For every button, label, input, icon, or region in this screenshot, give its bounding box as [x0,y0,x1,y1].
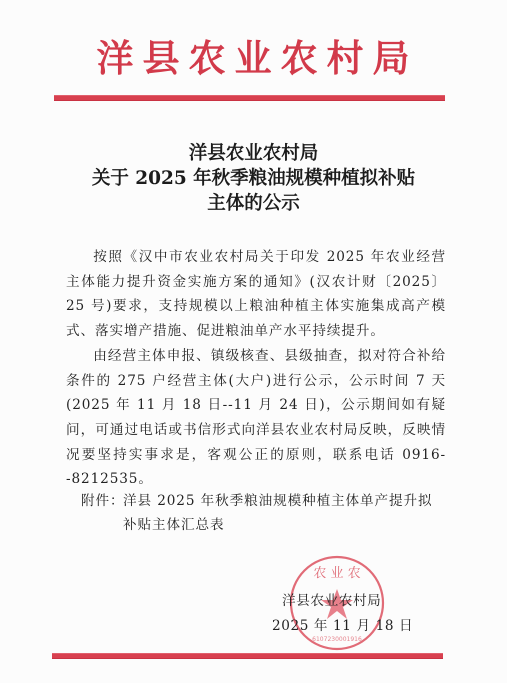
footer-divider [52,653,443,659]
letterhead-org-name: 洋县农业农村局 [0,36,507,80]
title-line-2: 关于 2025 年秋季粮油规模种植拟补贴 [0,166,507,191]
title-line-1: 洋县农业农村局 [0,141,507,166]
body-paragraph-2: 由经营主体申报、镇级核查、县级抽查，拟对符合补给条件的 275 户经营主体(大户… [66,344,446,492]
letterhead-divider [54,95,445,101]
document-page: 洋县农业农村局 洋县农业农村局 关于 2025 年秋季粮油规模种植拟补贴 主体的… [0,0,507,683]
notice-title: 洋县农业农村局 关于 2025 年秋季粮油规模种植拟补贴 主体的公示 [0,141,507,216]
signature-date: 2025 年 11 月 18 日 [272,614,413,639]
attachment-text: 洋县 2025 年秋季粮油规模种植主体单产提升拟补贴主体汇总表 [123,489,445,537]
attachment-note: 附件： 洋县 2025 年秋季粮油规模种植主体单产提升拟补贴主体汇总表 [81,489,461,537]
signature-org: 洋县农业农村局 [282,589,413,614]
body-paragraph-1: 按照《汉中市农业农村局关于印发 2025 年农业经营主体能力提升资金实施方案的通… [66,245,446,344]
attachment-label: 附件： [81,489,124,513]
title-line-3: 主体的公示 [0,191,507,216]
notice-body: 按照《汉中市农业农村局关于印发 2025 年农业经营主体能力提升资金实施方案的通… [66,245,446,492]
svg-text:农 业 农: 农 业 农 [313,566,360,581]
signature-block: 洋县农业农村局 2025 年 11 月 18 日 [282,589,413,639]
